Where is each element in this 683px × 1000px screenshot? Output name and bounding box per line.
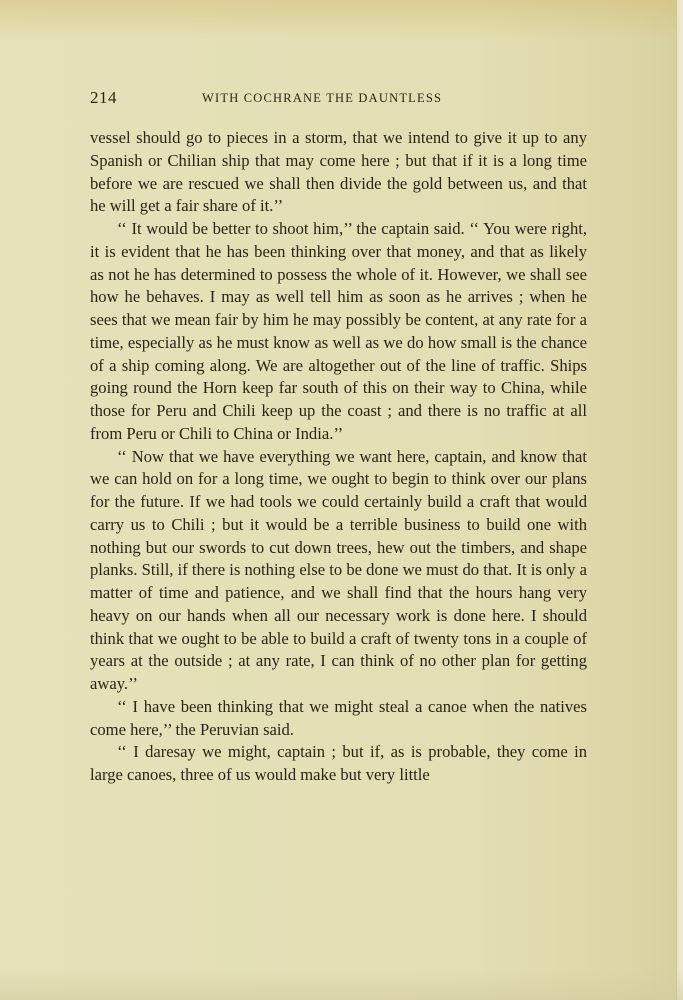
page-shadow: [0, 970, 683, 1000]
running-head: WITH COCHRANE THE DAUNTLESS: [202, 91, 442, 106]
page-edge: [676, 0, 683, 1000]
book-page: 214 WITH COCHRANE THE DAUNTLESS vessel s…: [0, 0, 683, 1000]
paragraph: ‘‘ It would be better to shoot him,’’ th…: [90, 218, 587, 446]
paragraph-continued: vessel should go to pieces in a storm, t…: [90, 127, 587, 218]
body-text: vessel should go to pieces in a storm, t…: [90, 127, 587, 787]
page-header: 214 WITH COCHRANE THE DAUNTLESS: [90, 88, 587, 112]
paragraph: ‘‘ I daresay we might, captain ; but if,…: [90, 741, 587, 787]
paragraph: ‘‘ Now that we have everything we want h…: [90, 446, 587, 696]
page-number: 214: [90, 88, 117, 108]
paragraph: ‘‘ I have been thinking that we might st…: [90, 696, 587, 742]
